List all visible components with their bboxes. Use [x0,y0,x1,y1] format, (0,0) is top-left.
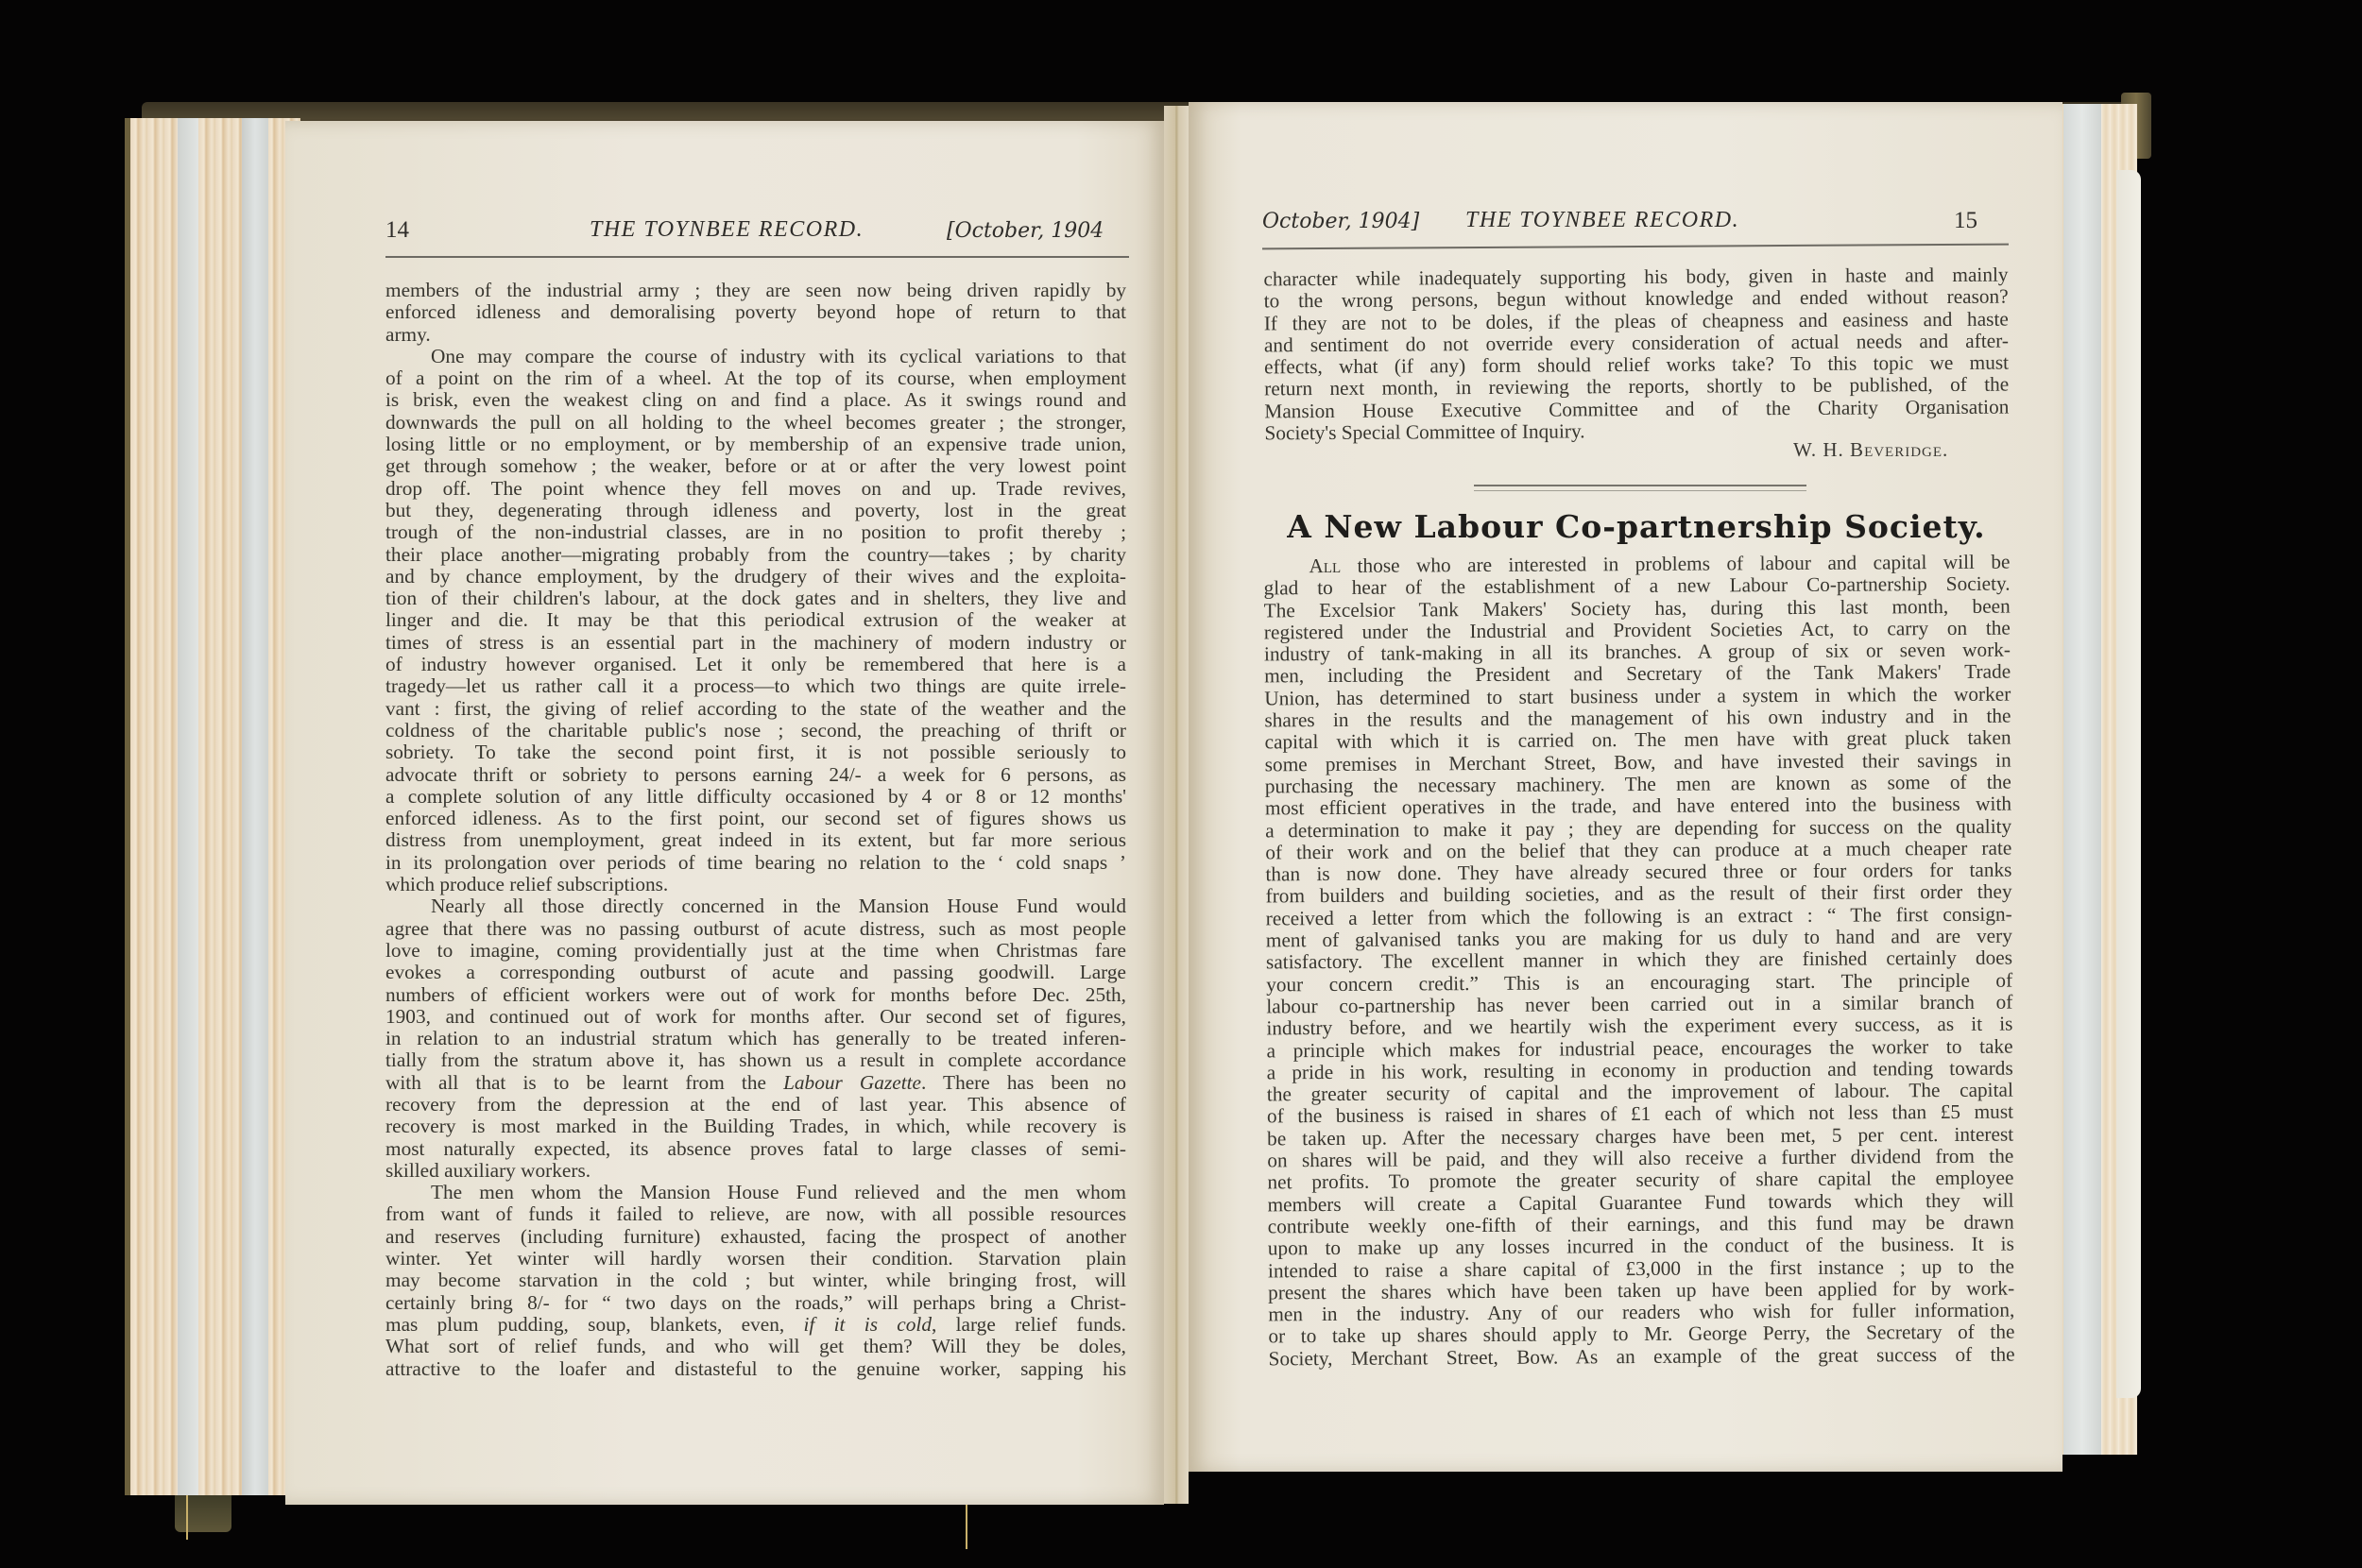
text-line: The men whom the Mansion House Fund reli… [385,1182,1126,1203]
text-line: sobriety. To take the second point first… [385,741,1126,763]
text-line: recovery from the depression at the end … [385,1094,1126,1116]
running-title: THE TOYNBEE RECORD. [590,217,864,243]
text-line: which produce relief subscriptions. [385,874,1126,895]
page-edge-grey [178,118,198,1495]
text-line: of industry however organised. Let it on… [385,654,1126,675]
header-rule [385,256,1129,258]
text-line: love to imagine, coming providentially j… [385,940,1126,962]
text-line: their place another—migrating probably f… [385,544,1126,566]
text-line: may become starvation in the cold ; but … [385,1270,1126,1291]
book-cover-bottom [175,1492,231,1532]
author-signature: W. H. Beveridge. [1793,438,1948,462]
article-body-new: All those who are interested in problems… [1263,552,2014,1371]
text-line: downwards the pull on all holding to the… [385,412,1126,434]
issue-date: October, 1904] [1262,208,1419,234]
torn-page-edge [2116,170,2141,1398]
text-line: What sort of relief funds, and who will … [385,1336,1126,1357]
right-page: October, 1904] THE TOYNBEE RECORD. 15 ch… [1189,102,2062,1472]
book-gutter [1164,106,1189,1504]
text-line: evokes a corresponding outburst of acute… [385,962,1126,983]
page-edges-left [125,118,300,1495]
page-number: 15 [1954,208,1977,234]
text-line: linger and die. It may be that this peri… [385,609,1126,631]
text-line: distress from unemployment, great indeed… [385,829,1126,851]
author-name: W. H. Beveridge. [1793,438,1948,461]
issue-date-text: October, 1904] [1262,210,1419,233]
page-edge-grey [242,118,268,1495]
text-line: Nearly all those directly concerned in t… [385,895,1126,917]
text-line: tion of their children's labour, at the … [385,588,1126,609]
issue-date-text: [October, 1904 [947,219,1104,243]
text-line: vant : first, the giving of relief accor… [385,698,1126,720]
text-line: is brisk, even the weakest cling on and … [385,389,1126,411]
text-line: advocate thrift or sobriety to persons e… [385,764,1126,786]
text-line: in relation to an industrial stratum whi… [385,1028,1126,1049]
text-line: Society, Merchant Street, Bow. As an exa… [1268,1343,2014,1370]
page-number: 14 [385,217,409,244]
text-line: agree that there was no passing outburst… [385,918,1126,940]
text-line: enforced idleness and demoralising pover… [385,301,1126,323]
text-line: army. [385,324,1126,346]
text-line: of a point on the rim of a wheel. At the… [385,367,1126,389]
headband-thread [186,1492,188,1540]
left-running-header: 14 THE TOYNBEE RECORD. [October, 1904 [285,217,1164,255]
left-page: 14 THE TOYNBEE RECORD. [October, 1904 me… [285,121,1164,1505]
text-line: attractive to the loafer and distasteful… [385,1358,1126,1380]
text-line: 1903, and continued out of work for mont… [385,1006,1126,1028]
text-line: skilled auxiliary workers. [385,1160,1126,1182]
text-line: mas plum pudding, soup, blankets, even, … [385,1314,1126,1336]
page-edge-grey [2063,104,2101,1455]
text-line: from want of funds it failed to relieve,… [385,1203,1126,1225]
text-line: winter. Yet winter will hardly worsen th… [385,1248,1126,1270]
text-line: recovery is most marked in the Building … [385,1116,1126,1137]
text-line: enforced idleness. As to the first point… [385,808,1126,829]
text-line: certainly bring 8/- for “ two days on th… [385,1292,1126,1314]
text-line: coldness of the charitable public's nose… [385,720,1126,741]
issue-date: [October, 1904 [947,217,1104,244]
right-running-header: October, 1904] THE TOYNBEE RECORD. 15 [1189,208,2062,246]
text-line: and reserves (including furniture) exhau… [385,1226,1126,1248]
text-line: a complete solution of any little diffic… [385,786,1126,808]
text-line: Mansion House Executive Committee and of… [1264,396,2009,422]
text-line: and by chance employment, by the drudger… [385,566,1126,588]
text-line: One may compare the course of industry w… [385,346,1126,367]
article-separator-rule [1474,485,1806,491]
text-line: tially from the stratum above it, has sh… [385,1049,1126,1071]
running-title: THE TOYNBEE RECORD. [1465,208,1739,233]
text-line: drop off. The point whence they fell mov… [385,478,1126,500]
text-line: numbers of efficient workers were out of… [385,984,1126,1006]
article-title: A New Labour Co-partnership Society. [1264,508,2009,545]
text-line: members of the industrial army ; they ar… [385,280,1126,301]
text-line: times of stress is an essential part in … [385,632,1126,654]
text-line: losing little or no employment, or by me… [385,434,1126,455]
text-line: in its prolongation over periods of time… [385,852,1126,874]
text-line: with all that is to be learnt from the L… [385,1072,1126,1094]
text-line: but they, degenerating through idleness … [385,500,1126,521]
page-edges-right [2060,104,2137,1455]
article-body-left: members of the industrial army ; they ar… [385,280,1126,1380]
text-line: tragedy—let us rather call it a process—… [385,675,1126,697]
text-line: get through somehow ; the weaker, before… [385,455,1126,477]
article-body-continued: character while inadequately supporting … [1263,264,2009,445]
text-line: trough of the non-industrial classes, ar… [385,521,1126,543]
text-line: most naturally expected, its absence pro… [385,1138,1126,1160]
